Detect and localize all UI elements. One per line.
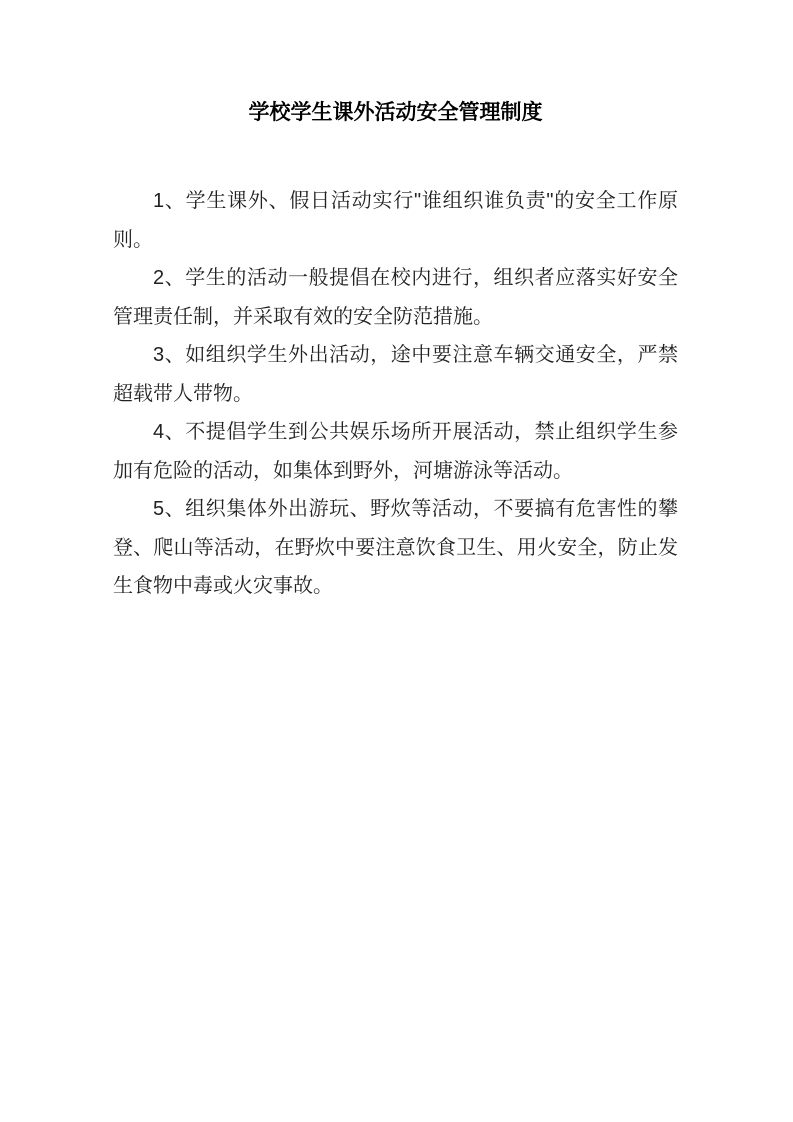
document-paragraph-5: 5、组织集体外出游玩、野炊等活动，不要搞有危害性的攀登、爬山等活动，在野炊中要注… xyxy=(113,490,678,606)
document-paragraph-4: 4、不提倡学生到公共娱乐场所开展活动，禁止组织学生参加有危险的活动，如集体到野外… xyxy=(113,413,678,490)
document-paragraph-1: 1、学生课外、假日活动实行"谁组织谁负责"的安全工作原则。 xyxy=(113,182,678,259)
document-paragraph-3: 3、如组织学生外出活动，途中要注意车辆交通安全，严禁超载带人带物。 xyxy=(113,336,678,413)
document-body: 1、学生课外、假日活动实行"谁组织谁负责"的安全工作原则。 2、学生的活动一般提… xyxy=(113,182,678,606)
document-content: 学校学生课外活动安全管理制度 1、学生课外、假日活动实行"谁组织谁负责"的安全工… xyxy=(0,0,793,606)
document-title: 学校学生课外活动安全管理制度 xyxy=(113,96,678,130)
document-paragraph-2: 2、学生的活动一般提倡在校内进行，组织者应落实好安全管理责任制，并采取有效的安全… xyxy=(113,259,678,336)
document-page: 学校学生课外活动安全管理制度 1、学生课外、假日活动实行"谁组织谁负责"的安全工… xyxy=(0,0,793,1122)
